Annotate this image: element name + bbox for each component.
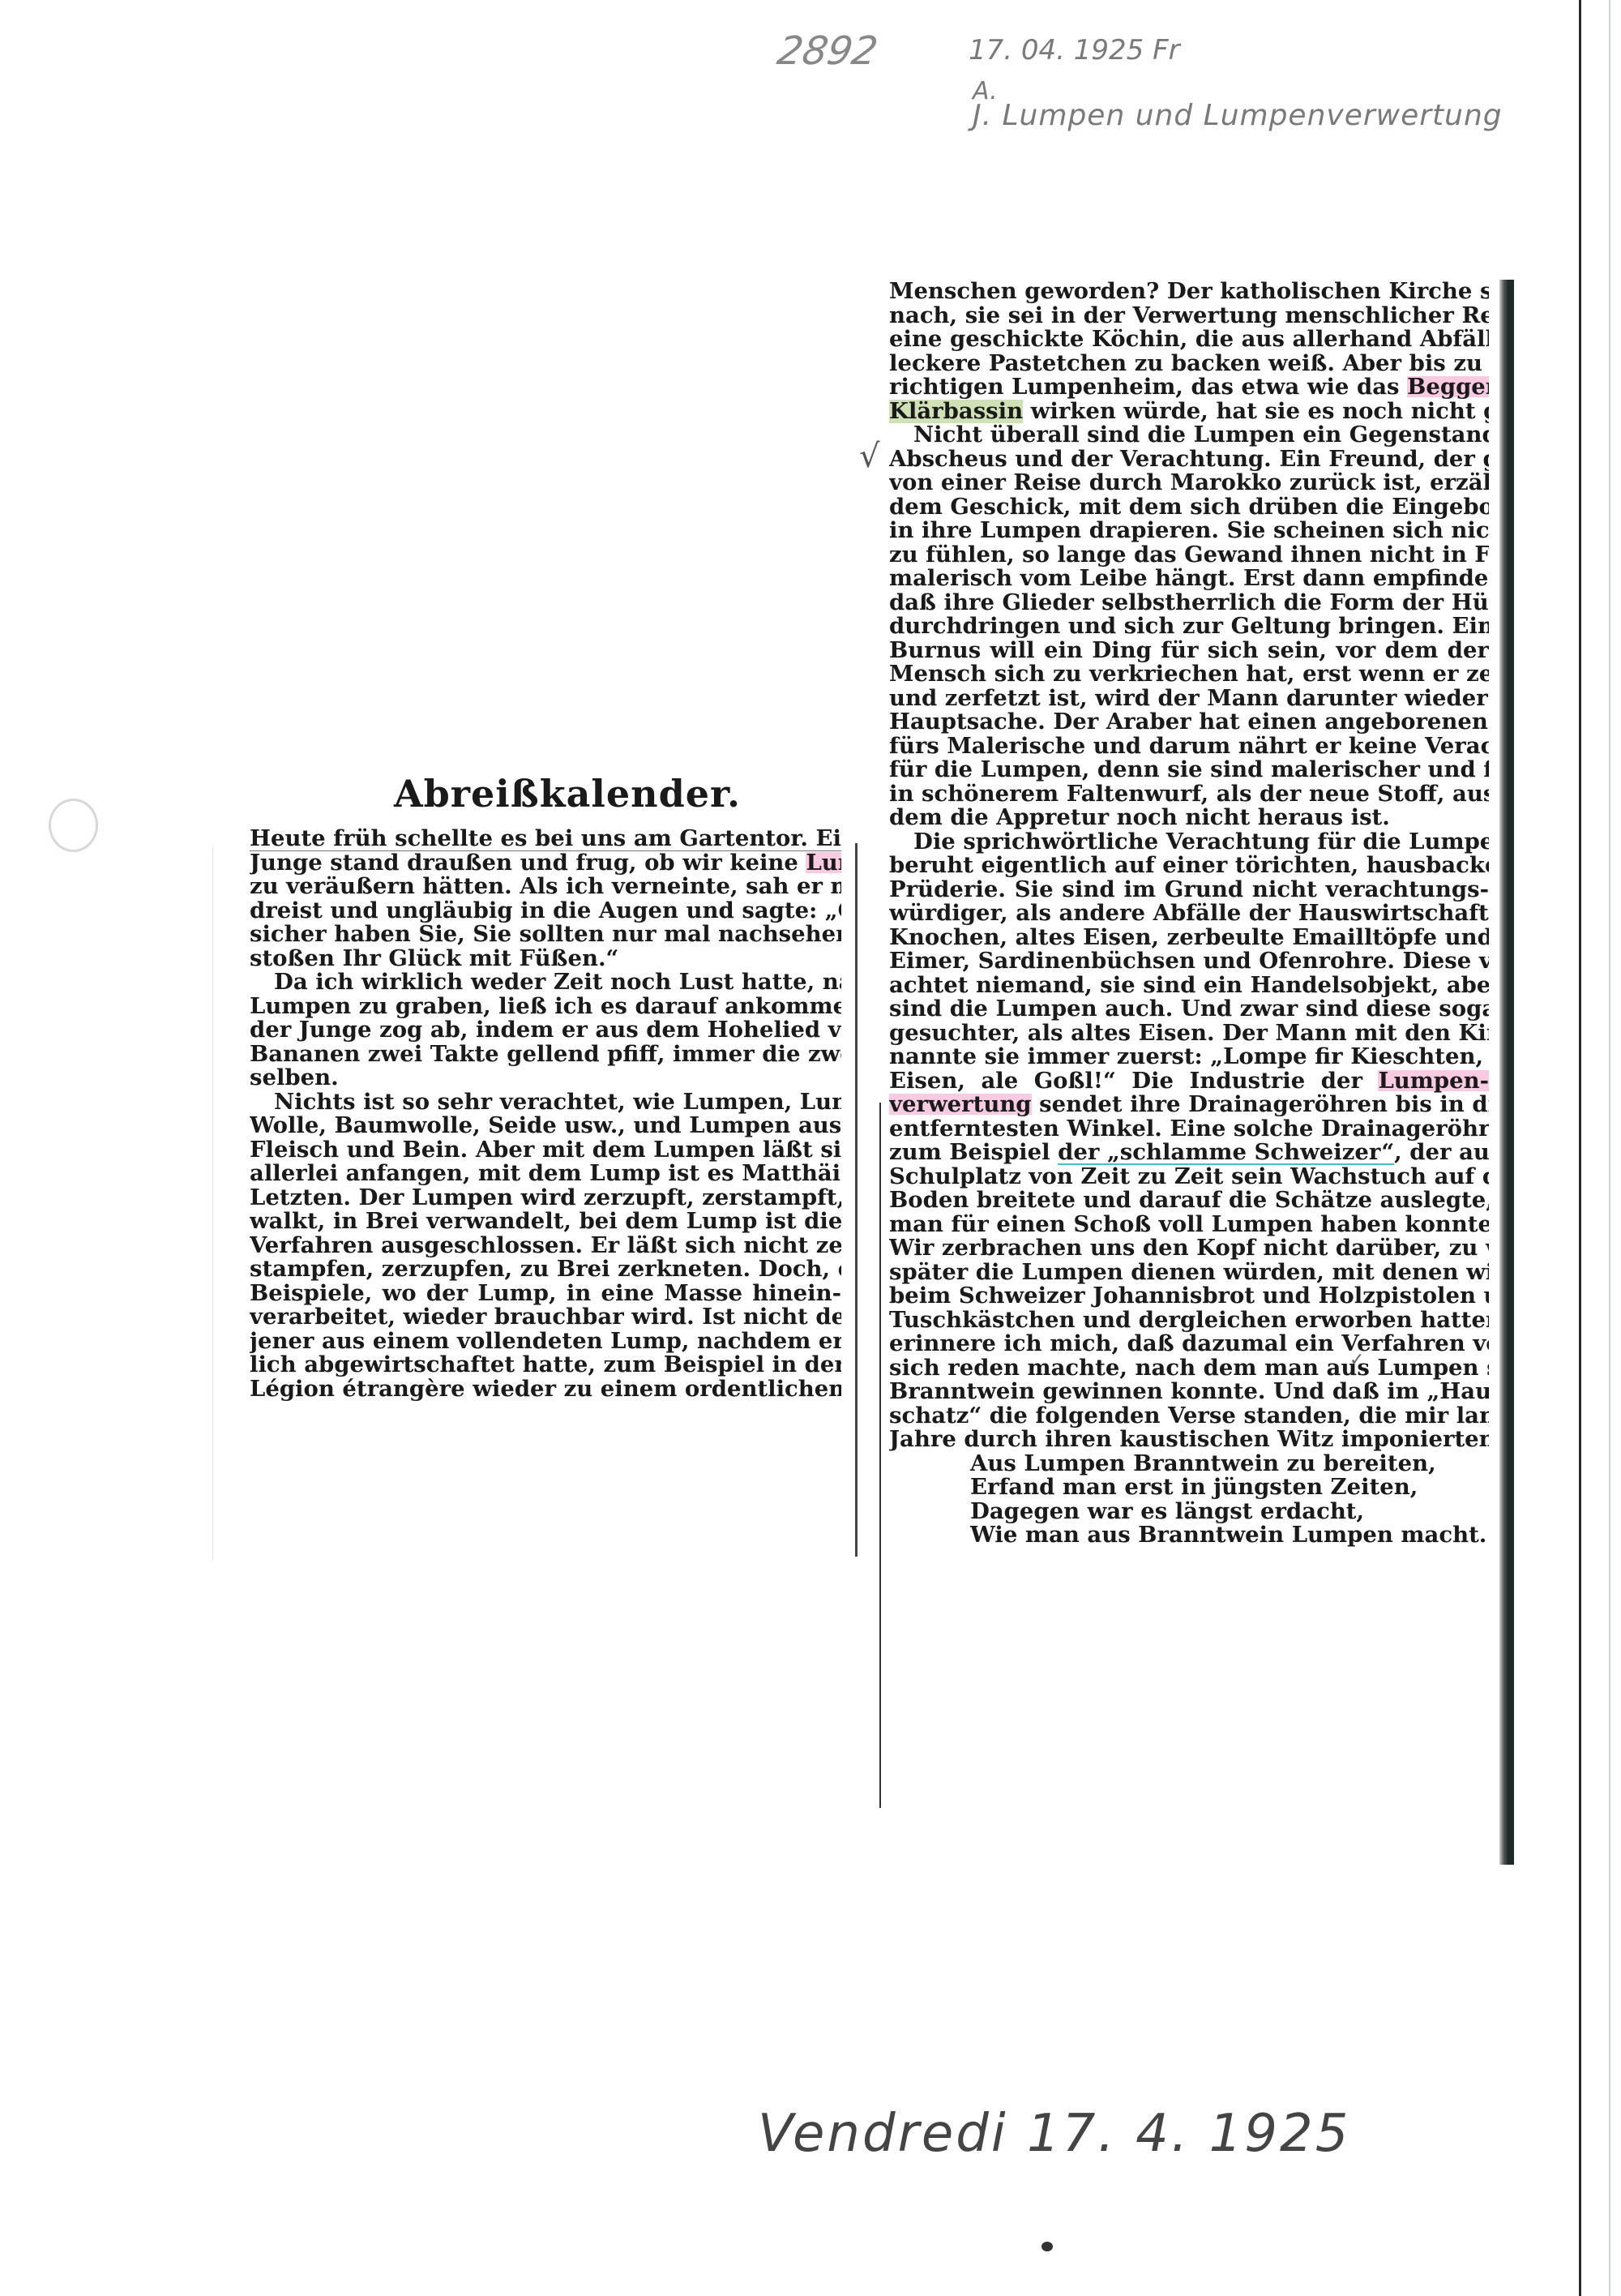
page-edge-shadow bbox=[1609, 0, 1610, 2296]
text-run: stoßen Ihr Glück mit Füßen.“ bbox=[250, 947, 618, 971]
text-run: und zerfetzt ist, wird der Mann darunter… bbox=[889, 687, 1489, 711]
text-line: erinnere ich mich, daß dazumal ein Verfa… bbox=[889, 1332, 1489, 1356]
text-run: Eisen, ale Goßl!“ Die Industrie der bbox=[889, 1069, 1378, 1094]
text-run: durchdringen und sich zur Geltung bringe… bbox=[889, 615, 1489, 639]
text-line: durchdringen und sich zur Geltung bringe… bbox=[889, 615, 1489, 639]
text-line: Mensch sich zu verkriechen hat, erst wen… bbox=[889, 662, 1489, 687]
text-line: sich reden machte, nach dem man aus Lump… bbox=[889, 1356, 1489, 1381]
text-line: Tuschkästchen und dergleichen erworben h… bbox=[889, 1309, 1489, 1333]
text-run: entferntesten Winkel. Eine solche Draina… bbox=[889, 1117, 1489, 1142]
text-run: selben. bbox=[250, 1066, 339, 1090]
text-line: Eisen, ale Goßl!“ Die Industrie der Lump… bbox=[889, 1069, 1489, 1094]
text-run: leckere Pastetchen zu backen weiß. Aber … bbox=[889, 352, 1489, 376]
text-line: in schönerem Faltenwurf, als der neue St… bbox=[889, 782, 1489, 807]
text-line: Burnus will ein Ding für sich sein, vor … bbox=[889, 639, 1489, 663]
text-line: Branntwein gewinnen konnte. Und daß im „… bbox=[889, 1380, 1489, 1404]
text-run: zu veräußern hätten. Als ich verneinte, … bbox=[250, 875, 841, 899]
text-line: Da ich wirklich weder Zeit noch Lust hat… bbox=[250, 970, 841, 995]
text-line: achtet niemand, sie sind ein Handelsobje… bbox=[889, 974, 1489, 998]
text-run: Prüderie. Sie sind im Grund nicht verach… bbox=[889, 878, 1489, 902]
text-line: beruht eigentlich auf einer törichten, h… bbox=[889, 854, 1489, 878]
text-line: Menschen geworden? Der katholischen Kirc… bbox=[889, 280, 1489, 304]
text-run: Menschen geworden? Der katholischen Kirc… bbox=[889, 280, 1489, 304]
text-line: Nicht überall sind die Lumpen ein Gegens… bbox=[889, 423, 1489, 448]
text-run: allerlei anfangen, mit dem Lump ist es M… bbox=[250, 1162, 841, 1186]
text-run: Nichts ist so sehr verachtet, wie Lumpen… bbox=[274, 1090, 841, 1115]
text-run: sicher haben Sie, Sie sollten nur mal na… bbox=[250, 923, 841, 947]
text-run: Wir zerbrachen uns den Kopf nicht darübe… bbox=[889, 1236, 1489, 1261]
text-line: Eimer, Sardinenbüchsen und Ofenrohre. Di… bbox=[889, 949, 1489, 974]
column-rule-faint bbox=[212, 847, 213, 1561]
text-line: in ihre Lumpen drapieren. Sie scheinen s… bbox=[889, 519, 1489, 543]
highlighted-word: Lumpen bbox=[806, 851, 841, 876]
text-run: in schönerem Faltenwurf, als der neue St… bbox=[889, 782, 1489, 807]
column-rule-left bbox=[855, 843, 858, 1557]
text-line: Letzten. Der Lumpen wird zerzupft, zerst… bbox=[250, 1186, 841, 1210]
text-line: Bananen zwei Takte gellend pfiff, immer … bbox=[250, 1043, 841, 1067]
text-line: zu fühlen, so lange das Gewand ihnen nic… bbox=[889, 543, 1489, 568]
text-run: Beispiele, wo der Lump, in eine Masse hi… bbox=[250, 1282, 841, 1306]
text-line: walkt, in Brei verwandelt, bei dem Lump … bbox=[250, 1210, 841, 1234]
text-run: Boden breitete und darauf die Schätze au… bbox=[889, 1189, 1489, 1213]
text-run: sich reden machte, nach dem man aus Lump… bbox=[889, 1356, 1489, 1381]
text-run: dem Geschick, mit dem sich drüben die Ei… bbox=[889, 495, 1489, 520]
handwritten-footer-date: Vendredi 17. 4. 1925 bbox=[758, 2104, 1350, 2164]
text-line: selben. bbox=[250, 1066, 841, 1090]
text-run: sind die Lumpen auch. Und zwar sind dies… bbox=[889, 997, 1489, 1022]
archive-number: 2892 bbox=[774, 28, 881, 74]
text-line: Lumpen zu graben, ließ ich es darauf ank… bbox=[250, 995, 841, 1019]
text-run: später die Lumpen dienen würden, mit den… bbox=[889, 1261, 1489, 1285]
text-line: der Junge zog ab, indem er aus dem Hohel… bbox=[250, 1018, 841, 1043]
text-line: man für einen Schoß voll Lumpen haben ko… bbox=[889, 1213, 1489, 1237]
text-line: daß ihre Glieder selbstherrlich die Form… bbox=[889, 591, 1489, 615]
underlined-phrase: der „schlamme Schweizer“ bbox=[1058, 1141, 1394, 1165]
text-run: zum Beispiel bbox=[889, 1141, 1058, 1165]
handwritten-date: 17. 04. 1925 Fr bbox=[969, 34, 1180, 66]
text-run: Wolle, Baumwolle, Seide usw., und Lumpen… bbox=[250, 1114, 841, 1138]
text-run: stampfen, zerzupfen, zu Brei zerkneten. … bbox=[250, 1257, 841, 1282]
article-right-column: Menschen geworden? Der katholischen Kirc… bbox=[889, 280, 1489, 1548]
text-line: nannte sie immer zuerst: „Lompe fir Kies… bbox=[889, 1045, 1489, 1069]
text-run: Junge stand draußen und frug, ob wir kei… bbox=[250, 851, 806, 876]
text-line: Junge stand draußen und frug, ob wir kei… bbox=[250, 851, 841, 876]
check-mark-icon: √ bbox=[859, 438, 880, 475]
text-line: Hauptsache. Der Araber hat einen angebor… bbox=[889, 710, 1489, 735]
text-run: Letzten. Der Lumpen wird zerzupft, zerst… bbox=[250, 1186, 841, 1210]
text-line: Jahre durch ihren kaustischen Witz impon… bbox=[889, 1428, 1489, 1452]
text-run: Verfahren ausgeschlossen. Er läßt sich n… bbox=[250, 1234, 841, 1258]
text-line: Beispiele, wo der Lump, in eine Masse hi… bbox=[250, 1282, 841, 1306]
text-run: erinnere ich mich, daß dazumal ein Verfa… bbox=[889, 1332, 1489, 1356]
text-run: Knochen, altes Eisen, zerbeulte Emailltö… bbox=[889, 926, 1489, 950]
text-run: Schulplatz von Zeit zu Zeit sein Wachstu… bbox=[889, 1165, 1489, 1189]
text-line: entferntesten Winkel. Eine solche Draina… bbox=[889, 1117, 1489, 1142]
text-run: lich abgewirtschaftet hatte, zum Beispie… bbox=[250, 1353, 841, 1377]
text-line: Wolle, Baumwolle, Seide usw., und Lumpen… bbox=[250, 1114, 841, 1138]
text-line: Schulplatz von Zeit zu Zeit sein Wachstu… bbox=[889, 1165, 1489, 1189]
text-run: Nicht überall sind die Lumpen ein Gegens… bbox=[913, 423, 1489, 448]
text-line: jener aus einem vollendeten Lump, nachde… bbox=[250, 1330, 841, 1354]
text-line: würdiger, als andere Abfälle der Hauswir… bbox=[889, 902, 1489, 926]
handwritten-topic: J. Lumpen und Lumpenverwertung bbox=[973, 99, 1503, 132]
text-line: Knochen, altes Eisen, zerbeulte Emailltö… bbox=[889, 926, 1489, 950]
text-line: dreist und ungläubig in die Augen und sa… bbox=[250, 899, 841, 923]
text-run: nach, sie sei in der Verwertung menschli… bbox=[889, 304, 1489, 328]
text-line: richtigen Lumpenheim, das etwa wie das B… bbox=[889, 375, 1489, 400]
text-line: dem Geschick, mit dem sich drüben die Ei… bbox=[889, 495, 1489, 520]
text-line: sind die Lumpen auch. Und zwar sind dies… bbox=[889, 997, 1489, 1022]
article-title: Abreißkalender. bbox=[357, 772, 778, 816]
text-line: Boden breitete und darauf die Schätze au… bbox=[889, 1189, 1489, 1213]
text-run: dem die Appretur noch nicht heraus ist. bbox=[889, 806, 1390, 830]
text-line: gesuchter, als altes Eisen. Der Mann mit… bbox=[889, 1022, 1489, 1046]
text-line: stampfen, zerzupfen, zu Brei zerkneten. … bbox=[250, 1257, 841, 1282]
text-run: gesuchter, als altes Eisen. Der Mann mit… bbox=[889, 1022, 1489, 1046]
text-run: der Junge zog ab, indem er aus dem Hohel… bbox=[250, 1018, 841, 1043]
verse-line: Dagegen war es längst erdacht, bbox=[889, 1500, 1489, 1524]
text-run: richtigen Lumpenheim, das etwa wie das bbox=[889, 375, 1407, 400]
text-run: Tuschkästchen und dergleichen erworben h… bbox=[889, 1309, 1489, 1333]
text-run: Branntwein gewinnen konnte. Und daß im „… bbox=[889, 1380, 1489, 1404]
text-run: beruht eigentlich auf einer törichten, h… bbox=[889, 854, 1489, 878]
text-line: Légion étrangère wieder zu einem ordentl… bbox=[250, 1377, 841, 1402]
text-run: Burnus will ein Ding für sich sein, vor … bbox=[889, 639, 1489, 663]
ink-dot bbox=[1041, 2242, 1053, 2251]
text-run: schatz“ die folgenden Verse standen, die… bbox=[889, 1404, 1489, 1429]
text-run: , der auf dem bbox=[1394, 1141, 1489, 1165]
text-run: malerisch vom Leibe hängt. Erst dann emp… bbox=[889, 567, 1489, 591]
text-line: nach, sie sei in der Verwertung menschli… bbox=[889, 304, 1489, 328]
text-line: Klärbassin wirken würde, hat sie es noch… bbox=[889, 400, 1489, 424]
text-run: für die Lumpen, denn sie sind malerische… bbox=[889, 758, 1489, 782]
text-line: zu veräußern hätten. Als ich verneinte, … bbox=[250, 875, 841, 899]
text-run: sendet ihre Drainageröhren bis in die bbox=[1032, 1093, 1489, 1117]
text-run: walkt, in Brei verwandelt, bei dem Lump … bbox=[250, 1210, 841, 1234]
text-run: Légion étrangère wieder zu einem ordentl… bbox=[250, 1377, 841, 1402]
text-line: verarbeitet, wieder brauchbar wird. Ist … bbox=[250, 1305, 841, 1330]
text-line: Wir zerbrachen uns den Kopf nicht darübe… bbox=[889, 1236, 1489, 1261]
verse-line: Erfand man erst in jüngsten Zeiten, bbox=[889, 1476, 1489, 1500]
text-line: malerisch vom Leibe hängt. Erst dann emp… bbox=[889, 567, 1489, 591]
verse-line: Aus Lumpen Branntwein zu bereiten, bbox=[889, 1452, 1489, 1476]
clipping-dark-edge bbox=[1499, 280, 1514, 1865]
text-run: man für einen Schoß voll Lumpen haben ko… bbox=[889, 1213, 1489, 1237]
text-line: Prüderie. Sie sind im Grund nicht verach… bbox=[889, 878, 1489, 902]
text-line: dem die Appretur noch nicht heraus ist. bbox=[889, 806, 1489, 830]
text-run: Eimer, Sardinenbüchsen und Ofenrohre. Di… bbox=[889, 949, 1489, 974]
text-run: fürs Malerische und darum nährt er keine… bbox=[889, 735, 1489, 759]
text-line: später die Lumpen dienen würden, mit den… bbox=[889, 1261, 1489, 1285]
text-line: eine geschickte Köchin, die aus allerhan… bbox=[889, 328, 1489, 352]
text-line: und zerfetzt ist, wird der Mann darunter… bbox=[889, 687, 1489, 711]
page-edge-line bbox=[1579, 0, 1581, 2296]
verse-line: Wie man aus Branntwein Lumpen macht. bbox=[889, 1523, 1489, 1548]
text-run: beim Schweizer Johannisbrot und Holzpist… bbox=[889, 1284, 1489, 1309]
text-run: eine geschickte Köchin, die aus allerhan… bbox=[889, 328, 1489, 352]
text-line: zum Beispiel der „schlamme Schweizer“, d… bbox=[889, 1141, 1489, 1165]
punch-hole bbox=[49, 799, 98, 852]
text-line: stoßen Ihr Glück mit Füßen.“ bbox=[250, 947, 841, 971]
text-run: von einer Reise durch Marokko zurück ist… bbox=[889, 471, 1489, 495]
text-run: Die sprichwörtliche Verachtung für die L… bbox=[913, 830, 1489, 855]
text-run: achtet niemand, sie sind ein Handelsobje… bbox=[889, 974, 1489, 998]
text-run: wirken würde, hat sie es noch nicht gebr… bbox=[1023, 400, 1489, 424]
text-run: daß ihre Glieder selbstherrlich die Form… bbox=[889, 591, 1489, 615]
text-line: Heute früh schellte es bei uns am Garten… bbox=[250, 827, 841, 851]
text-line: von einer Reise durch Marokko zurück ist… bbox=[889, 471, 1489, 495]
text-line: leckere Pastetchen zu backen weiß. Aber … bbox=[889, 352, 1489, 376]
text-line: sicher haben Sie, Sie sollten nur mal na… bbox=[250, 923, 841, 947]
text-run: jener aus einem vollendeten Lump, nachde… bbox=[250, 1330, 841, 1354]
article-left-column: Heute früh schellte es bei uns am Garten… bbox=[250, 827, 841, 1401]
text-run: verarbeitet, wieder brauchbar wird. Ist … bbox=[250, 1305, 841, 1330]
text-run: würdiger, als andere Abfälle der Hauswir… bbox=[889, 902, 1489, 926]
text-line: verwertung sendet ihre Drainageröhren bi… bbox=[889, 1093, 1489, 1117]
text-line: Die sprichwörtliche Verachtung für die L… bbox=[889, 830, 1489, 855]
text-run: Jahre durch ihren kaustischen Witz impon… bbox=[889, 1428, 1489, 1452]
text-line: allerlei anfangen, mit dem Lump ist es M… bbox=[250, 1162, 841, 1186]
text-line: Verfahren ausgeschlossen. Er läßt sich n… bbox=[250, 1234, 841, 1258]
text-line: schatz“ die folgenden Verse standen, die… bbox=[889, 1404, 1489, 1429]
text-run: zu fühlen, so lange das Gewand ihnen nic… bbox=[889, 543, 1489, 568]
text-line: Abscheus und der Verachtung. Ein Freund,… bbox=[889, 448, 1489, 472]
text-line: Fleisch und Bein. Aber mit dem Lumpen lä… bbox=[250, 1138, 841, 1163]
text-line: lich abgewirtschaftet hatte, zum Beispie… bbox=[250, 1353, 841, 1377]
text-run: Bananen zwei Takte gellend pfiff, immer … bbox=[250, 1043, 841, 1067]
text-run: Abscheus und der Verachtung. Ein Freund,… bbox=[889, 448, 1489, 472]
text-run: Lumpen zu graben, ließ ich es darauf ank… bbox=[250, 995, 841, 1019]
highlighted-word: Klärbassin bbox=[889, 400, 1023, 424]
highlighted-word: Lumpen- bbox=[1378, 1069, 1489, 1094]
highlighted-word: verwertung bbox=[889, 1093, 1032, 1117]
text-line: für die Lumpen, denn sie sind malerische… bbox=[889, 758, 1489, 782]
text-run: Mensch sich zu verkriechen hat, erst wen… bbox=[889, 662, 1489, 687]
text-run: in ihre Lumpen drapieren. Sie scheinen s… bbox=[889, 519, 1489, 543]
text-run: Da ich wirklich weder Zeit noch Lust hat… bbox=[274, 970, 841, 995]
text-line: fürs Malerische und darum nährt er keine… bbox=[889, 735, 1489, 759]
text-run: dreist und ungläubig in die Augen und sa… bbox=[250, 899, 841, 923]
text-run: Hauptsache. Der Araber hat einen angebor… bbox=[889, 710, 1489, 735]
text-run: nannte sie immer zuerst: „Lompe fir Kies… bbox=[889, 1045, 1489, 1069]
text-run: Heute früh schellte es bei uns am Garten… bbox=[250, 827, 841, 851]
column-rule-right bbox=[879, 1103, 881, 1808]
highlighted-word: Beggener bbox=[1407, 375, 1489, 400]
text-run: Fleisch und Bein. Aber mit dem Lumpen lä… bbox=[250, 1138, 841, 1163]
text-line: beim Schweizer Johannisbrot und Holzpist… bbox=[889, 1284, 1489, 1309]
text-line: Nichts ist so sehr verachtet, wie Lumpen… bbox=[250, 1090, 841, 1115]
